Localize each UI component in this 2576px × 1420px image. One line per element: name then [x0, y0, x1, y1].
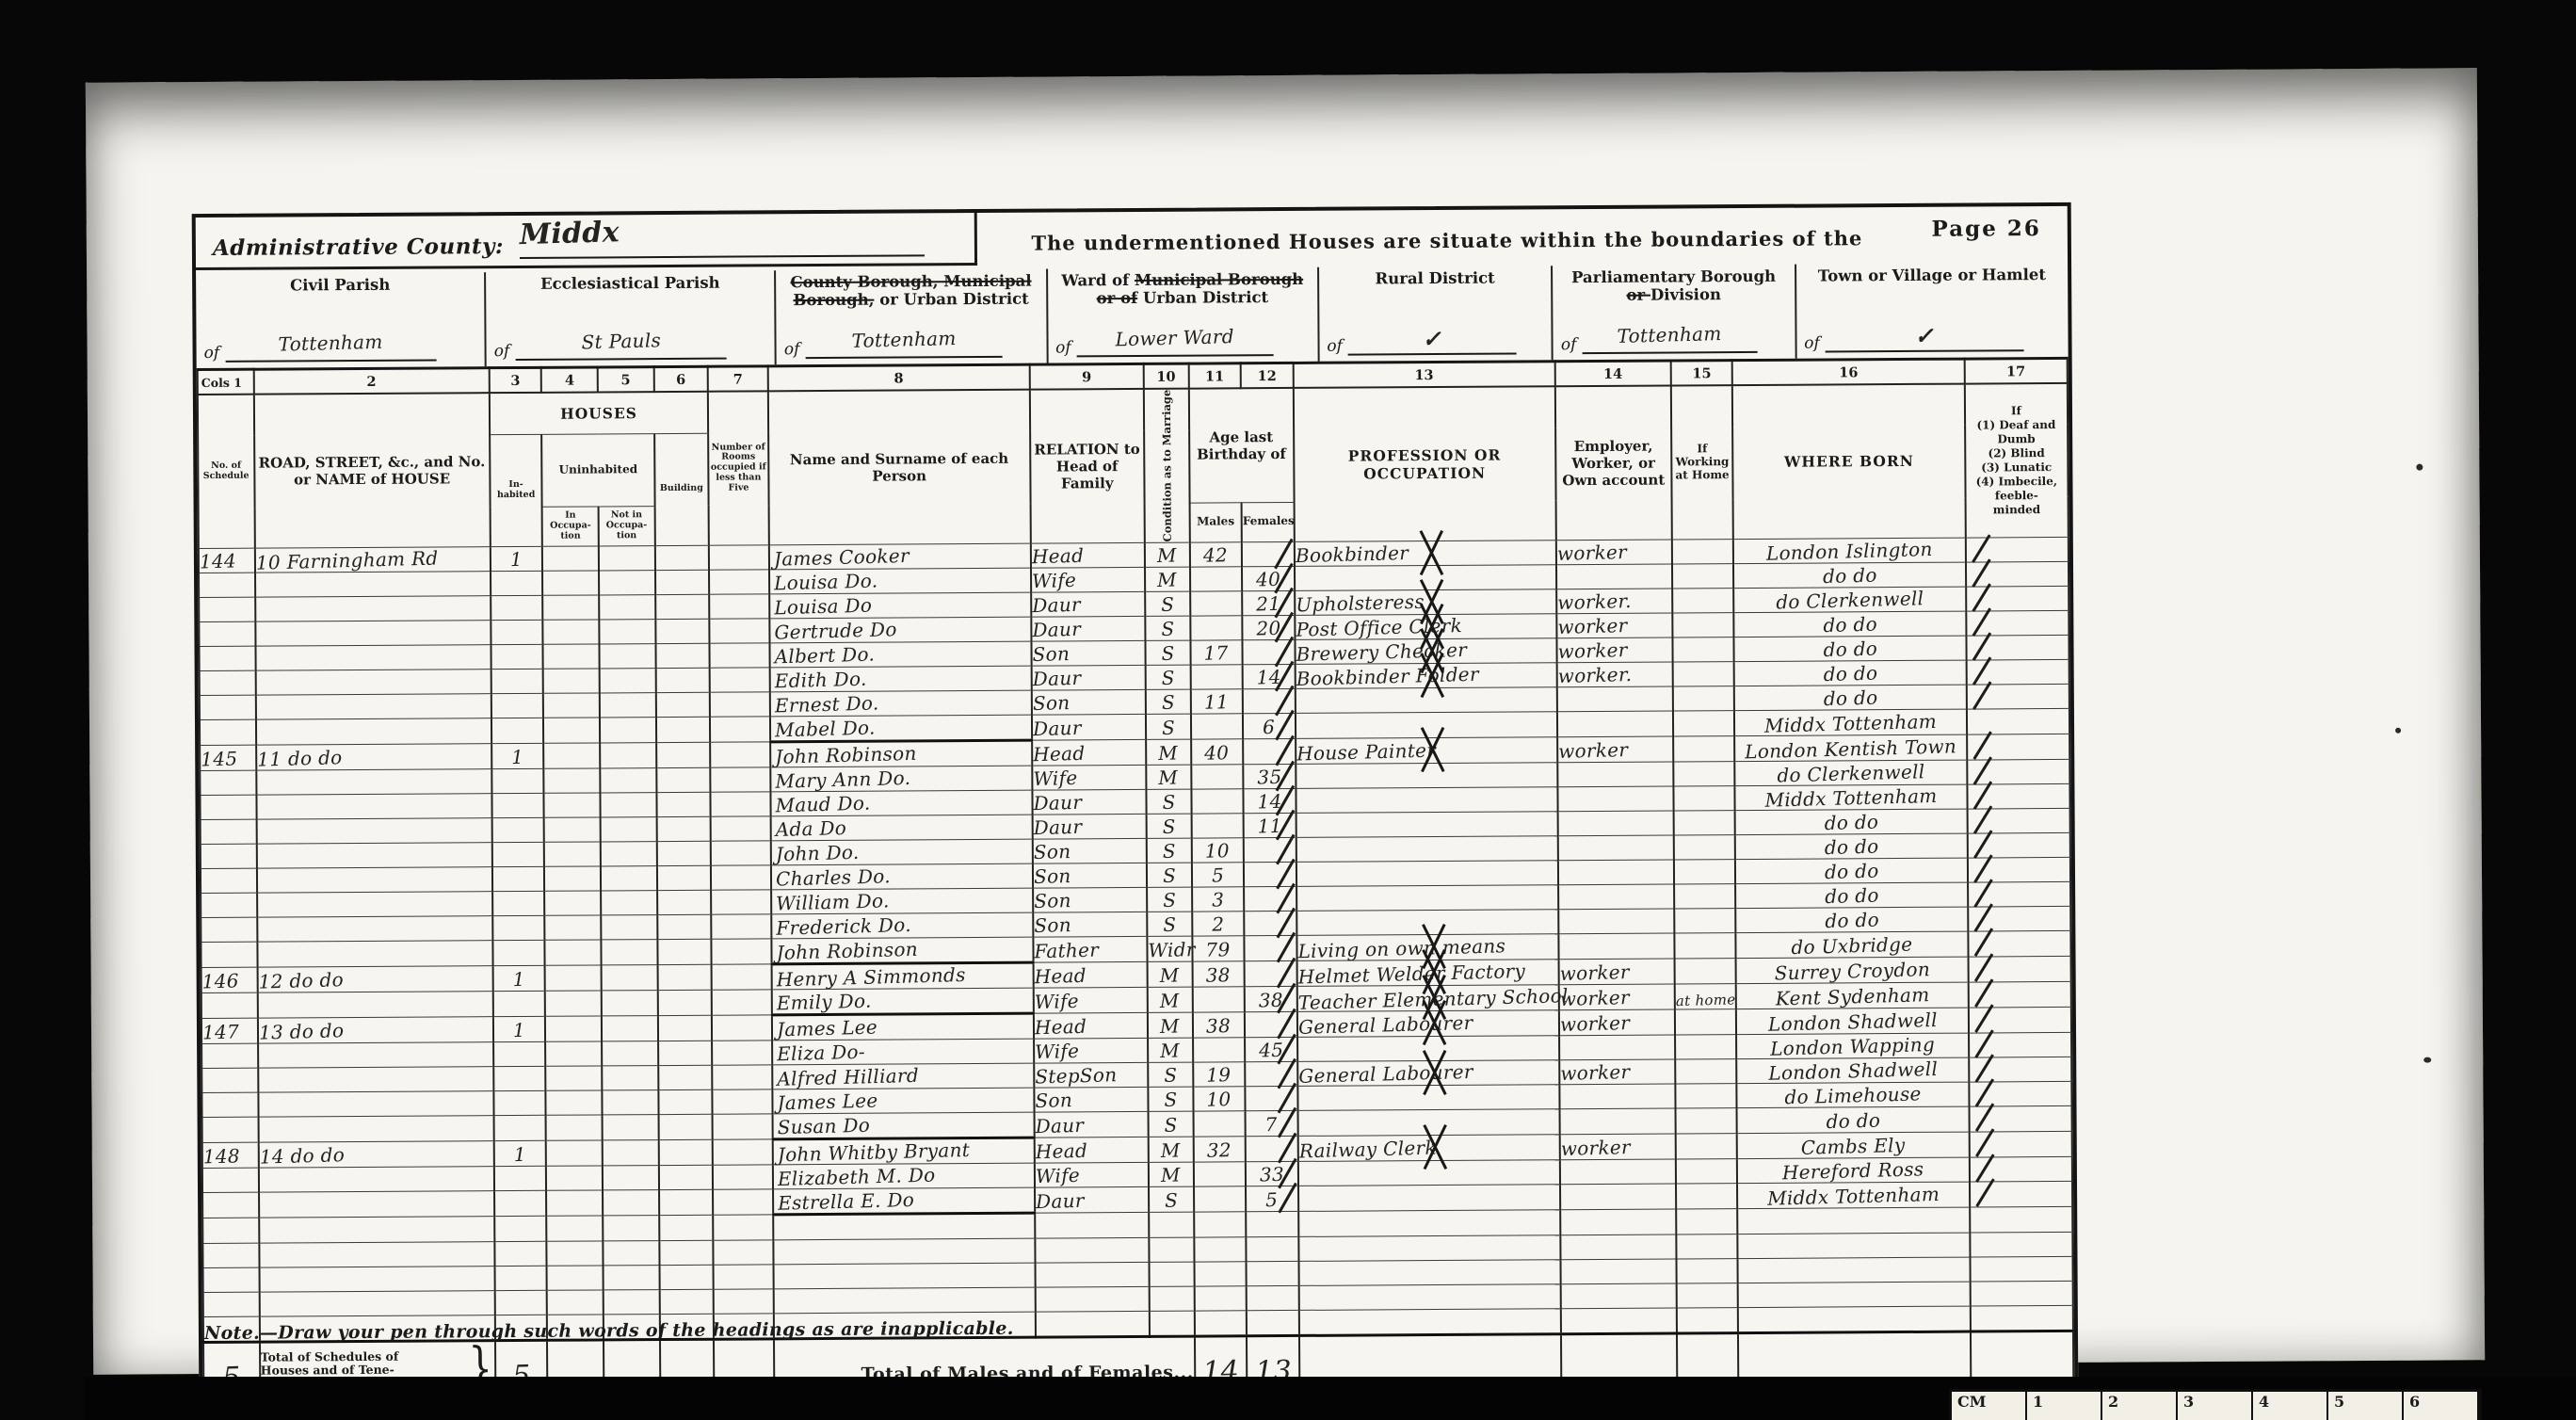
cell-occupation: [1296, 811, 1557, 837]
cell-infirmities: [1968, 930, 2070, 957]
district-label: Ecclesiastical Parish: [491, 274, 768, 294]
cell-working-at-home: [1676, 1133, 1738, 1158]
cell-employer: worker: [1559, 1009, 1675, 1036]
cell-infirmities: [1971, 1305, 2073, 1331]
cell-condition: M: [1148, 987, 1193, 1012]
cell-employer: worker: [1556, 637, 1672, 663]
cell-age-male: [1190, 566, 1243, 590]
cell-not-in-occupation: [600, 767, 656, 792]
cell-rooms: [710, 742, 770, 767]
cell-age-male: [1191, 788, 1244, 813]
cell-name: Susan Do: [772, 1112, 1034, 1139]
cell-working-at-home: [1677, 1283, 1739, 1307]
cell-schedule-no: [202, 1117, 259, 1142]
cell-in-occupation: [543, 718, 600, 743]
cell-working-at-home: [1674, 908, 1736, 932]
cell-infirmities: [1970, 1232, 2072, 1257]
cell-schedule-no: [199, 621, 255, 646]
cell-schedule-no: 148: [202, 1142, 259, 1168]
cell-inhabited: [494, 1166, 547, 1190]
district-entry: of✓: [1327, 324, 1542, 355]
cell-rooms: [709, 594, 769, 619]
cell-rooms: [712, 1041, 772, 1065]
cell-name: John Do.: [770, 839, 1032, 865]
cell-in-occupation: [543, 644, 600, 669]
cell-in-occupation: [547, 1290, 604, 1315]
cell-address: [257, 891, 492, 917]
cell-infirmities: [1966, 586, 2069, 611]
district-of-label: of: [1804, 334, 1820, 353]
cell-building: [655, 668, 710, 692]
cell-name: John Robinson: [770, 740, 1032, 767]
cell-where-born: do Limehouse: [1737, 1082, 1969, 1108]
cell-age-male: [1194, 1236, 1247, 1261]
cell-schedule-no: [201, 942, 257, 967]
district-value: Tottenham: [1617, 322, 1722, 347]
cell-address: [259, 1266, 494, 1292]
cell-not-in-occupation: [604, 1265, 660, 1289]
cell-where-born: do do: [1734, 660, 1966, 686]
cell-infirmities: [1966, 684, 2069, 709]
district-value-line: St Pauls: [515, 330, 727, 361]
cell-address: [256, 768, 491, 795]
ruler-cell: 4: [2253, 1392, 2328, 1420]
cell-relation: Son: [1033, 863, 1147, 888]
cell-address: [255, 644, 491, 670]
cell-infirmities: [1969, 1057, 2071, 1082]
district-entry: ofTottenham: [1561, 323, 1786, 354]
cell-employer: [1560, 1234, 1676, 1260]
cell-in-occupation: [546, 1066, 603, 1090]
col-header-building: Building: [654, 433, 709, 546]
cell-relation: [1035, 1237, 1149, 1263]
cell-where-born: do do: [1737, 1106, 1969, 1134]
cell-rooms: [711, 865, 771, 890]
cell-name: James Lee: [772, 1013, 1034, 1041]
cell-age-male: 42: [1189, 541, 1242, 566]
cell-relation: Wife: [1034, 1038, 1148, 1063]
cell-schedule-no: [199, 646, 255, 670]
cell-occupation: [1296, 835, 1558, 862]
cell-not-in-occupation: [599, 545, 655, 570]
col-header-where-born: WHERE BORN: [1732, 384, 1965, 540]
cell-in-occupation: [546, 1115, 603, 1140]
cell-name: James Cooker: [769, 543, 1031, 570]
cell-in-occupation: [547, 1241, 604, 1266]
cell-condition: M: [1146, 739, 1191, 765]
cell-age-male: 32: [1193, 1136, 1246, 1161]
cell-where-born: [1738, 1257, 1970, 1283]
cell-schedule-no: [202, 1218, 259, 1243]
cell-relation: Daur: [1032, 714, 1146, 740]
cell-working-at-home: at home: [1675, 983, 1737, 1009]
administrative-county-box: Administrative County: Middx: [196, 213, 977, 270]
district-entry: of✓: [1804, 321, 2058, 353]
cell-rooms: [713, 1189, 773, 1215]
cell-age-male: 3: [1192, 886, 1245, 911]
cell-age-male: [1194, 1285, 1247, 1310]
cell-inhabited: [494, 1241, 547, 1266]
cell-name: Emily Do.: [771, 988, 1033, 1015]
cell-building: [656, 767, 711, 792]
cell-employer: [1558, 909, 1674, 934]
cell-infirmities: [1970, 1281, 2072, 1306]
cell-infirmities: [1969, 1081, 2071, 1106]
cell-age-male: [1193, 1037, 1246, 1061]
cell-building: [656, 841, 711, 865]
cell-inhabited: [492, 915, 545, 940]
cell-age-male: 17: [1190, 639, 1243, 664]
cell-relation: Head: [1031, 542, 1145, 568]
cell-occupation: [1298, 1283, 1560, 1310]
district-entry: ofTottenham: [784, 328, 1037, 360]
col-number: 9: [1029, 363, 1143, 389]
cell-not-in-occupation: [599, 643, 655, 668]
col-header-not-in-occupation: Not in Occupa-tion: [599, 506, 655, 545]
cell-employer: [1560, 1184, 1676, 1210]
cell-schedule-no: [202, 1168, 259, 1192]
cell-where-born: do do: [1735, 833, 1967, 860]
cell-name: Estrella E. Do: [773, 1187, 1035, 1215]
cell-age-male: [1194, 1211, 1247, 1236]
cell-where-born: do Clerkenwell: [1735, 760, 1967, 786]
district-value-line: Tottenham: [1582, 323, 1757, 354]
cell-age-male: 19: [1193, 1061, 1246, 1086]
cell-address: [257, 915, 492, 942]
cell-where-born: do do: [1736, 907, 1968, 933]
cell-name: Louisa Do.: [769, 568, 1031, 594]
cell-building: [658, 1041, 713, 1065]
cell-building: [658, 1089, 713, 1114]
cell-inhabited: [491, 669, 543, 693]
cell-building: [655, 594, 710, 619]
col-number: 10: [1144, 363, 1189, 389]
district-header: Town or Village or Hamlet of✓: [1796, 263, 2069, 359]
census-table: Cols 1 2 3 4 5 6 7 8 9 10 11 12 13 14 15…: [197, 357, 2075, 1414]
cell-schedule-no: 146: [201, 967, 258, 992]
cell-name: Eliza Do-: [772, 1039, 1034, 1065]
cell-where-born: do do: [1734, 636, 1966, 662]
cell-address: [255, 571, 491, 597]
cell-condition: S: [1145, 591, 1190, 616]
cell-building: [654, 545, 709, 570]
cell-condition: M: [1148, 1012, 1193, 1038]
cell-inhabited: 1: [493, 1016, 546, 1041]
district-value: ✓: [1422, 325, 1441, 353]
cell-in-occupation: [544, 743, 601, 768]
cell-in-occupation: [545, 940, 602, 965]
cell-address: 11 do do: [256, 743, 491, 770]
col-number: 3: [490, 367, 542, 393]
cell-relation: Head: [1032, 739, 1146, 766]
cell-occupation: [1298, 1259, 1560, 1285]
district-header: Ecclesiastical Parish ofSt Pauls: [486, 270, 777, 366]
cell-schedule-no: [201, 893, 257, 917]
cell-address: [257, 866, 492, 893]
cell-condition: Widr: [1147, 936, 1192, 961]
col-number: 11: [1188, 363, 1241, 389]
cell-condition: M: [1148, 1038, 1193, 1062]
cell-relation: Daur: [1034, 1111, 1148, 1138]
cell-schedule-no: [200, 795, 256, 819]
cell-rooms: [709, 570, 769, 594]
cell-address: [259, 1290, 494, 1316]
cell-employer: worker.: [1556, 589, 1672, 614]
cell-not-in-occupation: [601, 841, 657, 865]
cell-condition: S: [1147, 887, 1192, 912]
district-entry: ofLower Ward: [1055, 326, 1308, 358]
cell-employer: worker.: [1556, 662, 1672, 687]
district-value-line: ✓: [1348, 324, 1516, 355]
cell-employer: [1560, 1283, 1676, 1309]
cell-building: [657, 865, 712, 890]
col-header-uninhabited: Uninhabited: [542, 433, 655, 507]
cell-building: [658, 1165, 713, 1189]
cell-working-at-home: [1675, 1083, 1737, 1107]
cell-rooms: [714, 1240, 774, 1265]
cell-where-born: do Uxbridge: [1736, 931, 1968, 959]
cell-inhabited: 1: [494, 1140, 547, 1166]
cell-name: [773, 1213, 1035, 1240]
cell-working-at-home: [1672, 588, 1734, 612]
cell-working-at-home: [1673, 761, 1735, 785]
cell-condition: S: [1147, 814, 1192, 838]
cell-rooms: [712, 1065, 772, 1089]
cell-address: [258, 1090, 493, 1117]
cell-inhabited: [491, 620, 543, 644]
cell-building: [655, 643, 710, 668]
cell-name: [773, 1287, 1035, 1314]
cell-rooms: [711, 890, 771, 914]
cell-infirmities: [1970, 1256, 2072, 1282]
cell-address: [258, 1066, 493, 1092]
cell-occupation: [1298, 1184, 1560, 1211]
cell-address: [259, 1190, 494, 1218]
cell-infirmities: [1969, 1105, 2071, 1132]
cell-schedule-no: 147: [201, 1018, 258, 1043]
cell-name: Mary Ann Do.: [770, 766, 1032, 792]
cell-schedule-no: [201, 917, 257, 942]
district-entry: ofTottenham: [203, 331, 475, 363]
cell-condition: S: [1148, 1087, 1193, 1111]
cell-condition: M: [1149, 1137, 1194, 1162]
cell-not-in-occupation: [601, 914, 657, 939]
cell-name: Albert Do.: [769, 641, 1031, 668]
cell-age-male: [1194, 1310, 1247, 1335]
cell-in-occupation: [546, 1166, 603, 1190]
cell-inhabited: [491, 768, 544, 793]
cell-address: [256, 842, 491, 868]
cell-where-born: London Wapping: [1736, 1033, 1968, 1059]
cell-not-in-occupation: [602, 964, 658, 990]
district-header: County Borough, MunicipalBorough, or Urb…: [776, 269, 1048, 365]
cell-inhabited: [494, 1216, 547, 1241]
cell-employer: [1557, 762, 1673, 787]
cell-occupation: General Labourer: [1297, 1009, 1559, 1037]
cell-not-in-occupation: [602, 990, 658, 1015]
cell-not-in-occupation: [604, 1289, 660, 1314]
cell-schedule-no: [201, 1043, 258, 1068]
cell-infirmities: [1968, 906, 2070, 931]
cell-condition: M: [1145, 567, 1190, 591]
situate-line: The undermentioned Houses are situate wi…: [1006, 226, 1889, 255]
cell-age-male: [1190, 590, 1243, 615]
cell-occupation: Railway Clerk: [1297, 1134, 1559, 1161]
cell-working-at-home: [1675, 1107, 1737, 1133]
cell-infirmities: [1968, 956, 2070, 982]
cell-name: [773, 1263, 1035, 1289]
cell-age-female: [1246, 1211, 1298, 1236]
col-header-houses: HOUSES: [490, 392, 709, 434]
cell-in-occupation: [544, 793, 601, 817]
cell-in-occupation: [545, 915, 602, 940]
col-header-in-occupation: In Occupa-tion: [542, 507, 599, 546]
cell-relation: [1035, 1212, 1149, 1238]
cell-rooms: [712, 1015, 772, 1041]
cell-in-occupation: [547, 1266, 604, 1290]
cell-age-male: [1190, 664, 1243, 688]
cell-relation: Son: [1033, 838, 1147, 863]
cell-address: [259, 1216, 494, 1243]
cell-not-in-occupation: [603, 1139, 659, 1165]
cell-building: [659, 1289, 714, 1314]
district-of-label: of: [494, 342, 510, 361]
cell-age-female: [1247, 1285, 1299, 1310]
cell-age-female: [1246, 1236, 1298, 1261]
cell-employer: [1557, 686, 1673, 712]
cell-age-female: [1247, 1310, 1299, 1335]
cell-schedule-no: [201, 992, 258, 1018]
cell-rooms: [711, 792, 771, 816]
cell-employer: [1561, 1308, 1677, 1334]
col-header-age: Age last Birthday of: [1188, 388, 1294, 503]
cell-working-at-home: [1673, 785, 1735, 810]
col-number: 5: [598, 367, 654, 393]
cell-age-male: 10: [1193, 1086, 1246, 1110]
cell-rooms: [709, 619, 769, 643]
district-header: Rural District of✓: [1319, 266, 1554, 362]
district-label: Parliamentary Boroughor Division: [1558, 268, 1789, 305]
cell-rooms: [710, 692, 770, 717]
cell-in-occupation: [543, 620, 600, 644]
col-number: 16: [1732, 359, 1964, 385]
cell-employer: [1557, 811, 1673, 836]
cell-schedule-no: [202, 1192, 259, 1218]
cell-employer: worker: [1557, 736, 1673, 763]
district-value: Lower Ward: [1116, 325, 1235, 350]
cell-where-born: Middx Tottenham: [1737, 1182, 1969, 1209]
cell-rooms: [710, 717, 770, 742]
cell-name: Ernest Do.: [770, 690, 1032, 717]
cell-schedule-no: [201, 1092, 258, 1117]
cell-address: [256, 718, 491, 745]
cell-relation: Son: [1033, 887, 1147, 912]
cell-address: 12 do do: [257, 965, 492, 992]
cell-name: Alfred Hilliard: [772, 1063, 1034, 1089]
district-header: Ward of Municipal Boroughor of Urban Dis…: [1048, 267, 1320, 363]
cell-in-occupation: [545, 991, 602, 1016]
scan-speck: [2423, 1057, 2431, 1063]
cell-working-at-home: [1676, 1234, 1738, 1258]
cell-building: [657, 964, 712, 990]
cell-building: [658, 1065, 713, 1089]
page-number: Page 26: [1931, 216, 2040, 242]
cell-building: [655, 570, 710, 594]
cell-relation: Daur: [1032, 789, 1146, 815]
cell-condition: [1149, 1212, 1194, 1237]
administrative-county-value: Middx: [519, 223, 619, 245]
cell-employer: [1558, 835, 1674, 861]
cell-building: [656, 742, 711, 767]
cell-not-in-occupation: [603, 1165, 659, 1189]
administrative-county-label: Administrative County: [213, 234, 495, 261]
cell-schedule-no: [200, 695, 256, 719]
cell-occupation: General Labourer: [1297, 1059, 1559, 1086]
cell-relation: [1035, 1286, 1149, 1312]
col-header-females: Females: [1242, 502, 1295, 541]
cell-occupation: [1298, 1159, 1560, 1186]
cell-name: Ada Do: [770, 815, 1032, 841]
cell-not-in-occupation: [600, 717, 656, 742]
cell-in-occupation: [545, 1041, 602, 1066]
cell-rooms: [711, 914, 771, 939]
cell-not-in-occupation: [601, 816, 657, 841]
cell-condition: S: [1149, 1186, 1194, 1212]
cell-infirmities: [1966, 537, 2069, 562]
cell-condition: S: [1146, 689, 1191, 714]
cell-inhabited: [491, 595, 543, 620]
cell-inhabited: [491, 644, 543, 669]
cell-where-born: do do: [1733, 562, 1965, 589]
cell-relation: Daur: [1032, 814, 1146, 839]
cell-building: [657, 939, 712, 964]
cell-working-at-home: [1674, 859, 1736, 883]
cell-condition: [1149, 1237, 1194, 1262]
col-header-profession: PROFESSION OR OCCUPATION: [1294, 386, 1556, 541]
cell-infirmities: [1969, 1131, 2071, 1157]
ruler-cell: 5: [2328, 1392, 2404, 1420]
cell-employer: worker: [1559, 984, 1675, 1010]
cell-schedule-no: [201, 819, 257, 844]
cell-condition: S: [1146, 789, 1191, 814]
cell-name: Henry A Simmonds: [771, 962, 1033, 990]
ruler-cell: 2: [2102, 1392, 2178, 1420]
col-header-relation: RELATION to Head of Family: [1030, 389, 1145, 543]
cell-name: [773, 1238, 1035, 1265]
cell-schedule-no: [203, 1292, 260, 1316]
col-number: 13: [1293, 362, 1554, 388]
cell-working-at-home: [1673, 661, 1735, 686]
cell-relation: Head: [1034, 1137, 1148, 1163]
cell-condition: S: [1148, 1111, 1193, 1137]
cell-working-at-home: [1673, 710, 1735, 735]
cell-inhabited: [494, 1266, 547, 1290]
cell-occupation: Bookbinder: [1295, 540, 1556, 566]
cell-name: James Lee: [772, 1088, 1034, 1114]
cell-age-male: [1191, 764, 1244, 788]
cell-where-born: Middx Tottenham: [1735, 784, 1967, 811]
cell-name: Mabel Do.: [770, 715, 1032, 742]
district-of-label: of: [784, 340, 800, 359]
cell-age-male: [1194, 1186, 1247, 1211]
col-header-infirmities: If (1) Deaf and Dumb (2) Blind (3) Lunat…: [1965, 383, 2069, 538]
cell-building: [656, 816, 711, 841]
cell-working-at-home: [1676, 1208, 1738, 1234]
cell-rooms: [713, 1215, 773, 1240]
cell-age-male: [1191, 813, 1244, 837]
cell-not-in-occupation: [600, 742, 656, 767]
cell-employer: [1559, 1084, 1675, 1109]
